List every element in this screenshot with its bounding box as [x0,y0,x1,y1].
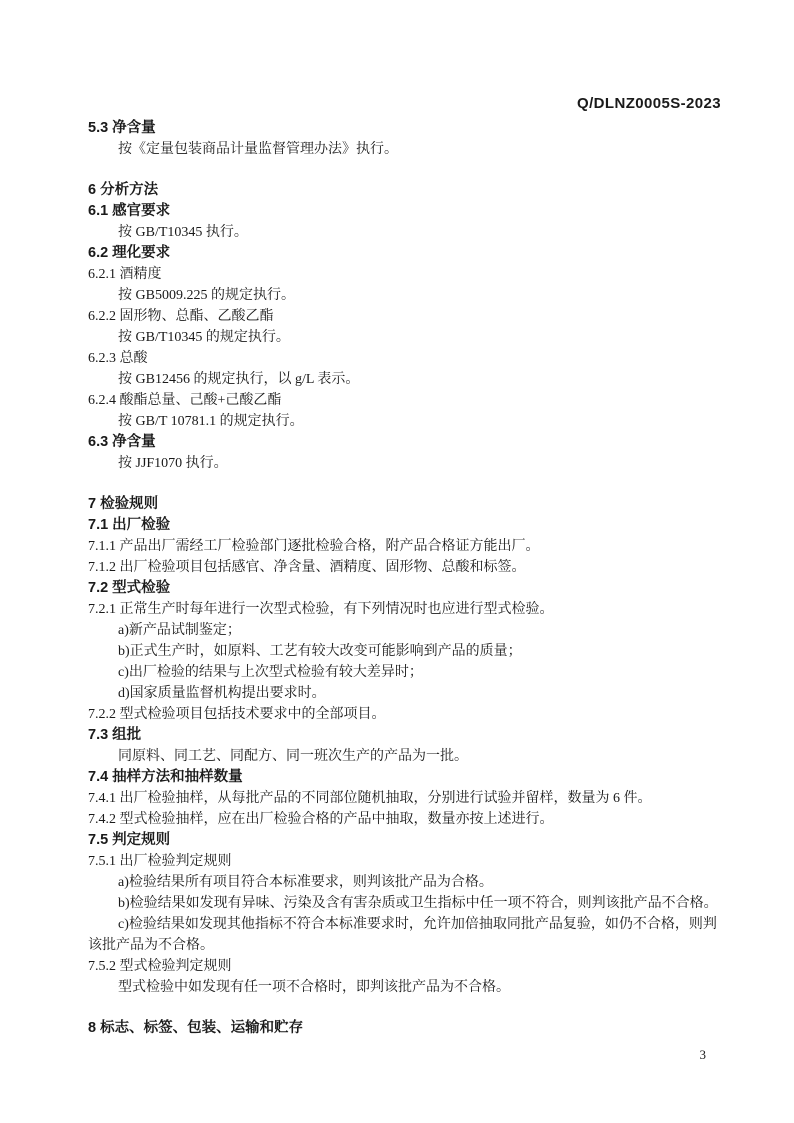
spacer [88,474,730,494]
clause-6-2-1-text: 按 GB5009.225 的规定执行。 [88,285,730,306]
heading-6-1: 6.1 感官要求 [88,201,730,222]
clause-7-1-2: 7.1.2 出厂检验项目包括感官、净含量、酒精度、固形物、总酸和标签。 [88,557,730,578]
clause-5-3-text: 按《定量包装商品计量监督管理办法》执行。 [88,139,730,160]
clause-6-2-2: 6.2.2 固形物、总酯、乙酸乙酯 [88,306,730,327]
clause-6-2-3: 6.2.3 总酸 [88,348,730,369]
clause-6-3-text: 按 JJF1070 执行。 [88,453,730,474]
clause-7-4-2: 7.4.2 型式检验抽样，应在出厂检验合格的产品中抽取，数量亦按上述进行。 [88,809,730,830]
clause-6-1-text: 按 GB/T10345 执行。 [88,222,730,243]
clause-7-2-1: 7.2.1 正常生产时每年进行一次型式检验，有下列情况时也应进行型式检验。 [88,599,730,620]
type-test-item-d: d)国家质量监督机构提出要求时。 [88,683,730,704]
type-test-item-b: b)正式生产时，如原料、工艺有较大改变可能影响到产品的质量； [88,641,730,662]
clause-6-2-3-text: 按 GB12456 的规定执行，以 g/L 表示。 [88,369,730,390]
clause-7-5-2-text: 型式检验中如发现有任一项不合格时，即判该批产品为不合格。 [88,977,730,998]
document-page: Q/DLNZ0005S-2023 5.3 净含量按《定量包装商品计量监督管理办法… [0,0,794,1123]
doc-standard-number: Q/DLNZ0005S-2023 [577,95,721,112]
clause-6-2-4-text: 按 GB/T 10781.1 的规定执行。 [88,411,730,432]
clause-6-2-1: 6.2.1 酒精度 [88,264,730,285]
type-test-item-c: c)出厂检验的结果与上次型式检验有较大差异时； [88,662,730,683]
spacer [88,160,730,180]
heading-7-2: 7.2 型式检验 [88,578,730,599]
clause-7-3-text: 同原料、同工艺、同配方、同一班次生产的产品为一批。 [88,746,730,767]
clause-6-2-4: 6.2.4 酸酯总量、己酸+己酸乙酯 [88,390,730,411]
heading-7-5: 7.5 判定规则 [88,830,730,851]
judge-item-b: b)检验结果如发现有异味、污染及含有害杂质或卫生指标中任一项不符合，则判该批产品… [88,893,730,914]
spacer [88,998,730,1018]
clause-6-2-2-text: 按 GB/T10345 的规定执行。 [88,327,730,348]
clause-7-5-1: 7.5.1 出厂检验判定规则 [88,851,730,872]
judge-item-c: c)检验结果如发现其他指标不符合本标准要求时，允许加倍抽取同批产品复验，如仍不合… [88,914,730,935]
heading-6-3: 6.3 净含量 [88,432,730,453]
clause-7-5-2: 7.5.2 型式检验判定规则 [88,956,730,977]
heading-7-3: 7.3 组批 [88,725,730,746]
judge-item-a: a)检验结果所有项目符合本标准要求，则判该批产品为合格。 [88,872,730,893]
judge-item-c-cont: 该批产品为不合格。 [88,935,730,956]
clause-7-1-1: 7.1.1 产品出厂需经工厂检验部门逐批检验合格，附产品合格证方能出厂。 [88,536,730,557]
clause-7-2-2: 7.2.2 型式检验项目包括技术要求中的全部项目。 [88,704,730,725]
heading-5-3: 5.3 净含量 [88,118,730,139]
heading-6: 6 分析方法 [88,180,730,201]
clause-7-4-1: 7.4.1 出厂检验抽样，从每批产品的不同部位随机抽取，分别进行试验并留样，数量… [88,788,730,809]
doc-body: 5.3 净含量按《定量包装商品计量监督管理办法》执行。6 分析方法6.1 感官要… [88,118,730,1039]
heading-7: 7 检验规则 [88,494,730,515]
type-test-item-a: a)新产品试制鉴定； [88,620,730,641]
heading-6-2: 6.2 理化要求 [88,243,730,264]
page-number-value: 3 [700,1047,707,1062]
heading-8: 8 标志、标签、包装、运输和贮存 [88,1018,730,1039]
heading-7-4: 7.4 抽样方法和抽样数量 [88,767,730,788]
doc-header: Q/DLNZ0005S-2023 [88,95,721,112]
heading-7-1: 7.1 出厂检验 [88,515,730,536]
page-number: 3 [700,1047,707,1063]
